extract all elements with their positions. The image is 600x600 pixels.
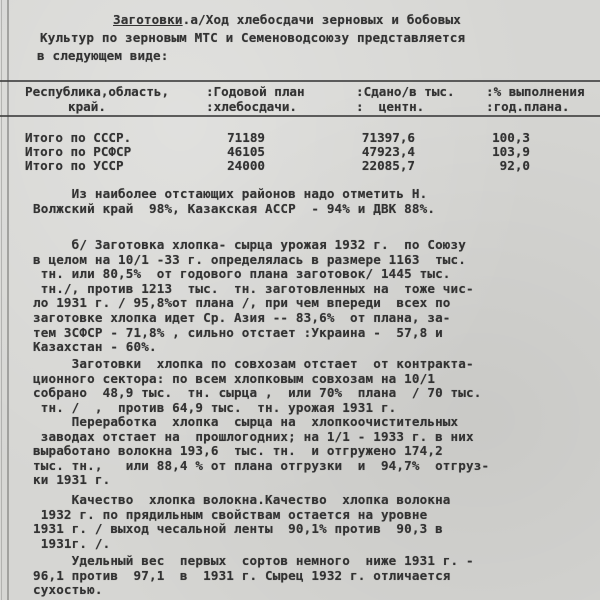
text-line: ционного сектора: по всем хлопковым совх… bbox=[33, 371, 435, 386]
text-line: 1932 г. по прядильным свойствам остается… bbox=[33, 507, 427, 522]
text-line: заготовке хлопка идет Ср. Азия -- 83,6% … bbox=[33, 310, 451, 325]
row-percent: 92,0 bbox=[470, 158, 530, 173]
row-plan: 24000 bbox=[210, 158, 265, 173]
text-line: 96,1 против 97,1 в 1931 г. Сырец 1932 г.… bbox=[33, 568, 451, 583]
intro-line-2: Культур по зерновым МТС и Семеноводсоюзу… bbox=[40, 30, 465, 45]
row-percent: 100,3 bbox=[470, 130, 530, 145]
row-percent: 103,9 bbox=[470, 144, 530, 159]
header-plan-line2: :хлебосдачи. bbox=[206, 99, 297, 114]
text-line: сухостью. bbox=[33, 582, 103, 597]
header-region-line2: край. bbox=[68, 99, 106, 114]
section-heading: Заготовки bbox=[113, 12, 183, 27]
text-line: выработано волокна 193,6 тыс. тн. и отгр… bbox=[33, 443, 443, 458]
row-plan: 71189 bbox=[210, 130, 265, 145]
text-line: Волжский край 98%, Казакская АССР - 94% … bbox=[33, 201, 435, 216]
text-line: Переработка хлопка сырца на хлопкоочисти… bbox=[33, 414, 458, 429]
row-delivered: 71397,6 bbox=[340, 130, 415, 145]
text-line: тн. или 80,5% от годового плана заготово… bbox=[33, 266, 451, 281]
text-line: тыс. тн., или 88,4 % от плана отгрузки и… bbox=[33, 458, 489, 473]
header-delivered-line2: : центн. bbox=[356, 99, 424, 114]
text-line: б/ Заготовка хлопка- сырца урожая 1932 г… bbox=[33, 237, 466, 252]
header-percent-line2: :год.плана. bbox=[486, 99, 569, 114]
intro-line-1: Заготовки.а/Ход хлебосдачи зерновых и бо… bbox=[113, 12, 461, 27]
row-delivered: 47923,4 bbox=[340, 144, 415, 159]
left-margin-edge bbox=[1, 0, 2, 600]
row-region: Итого по СССР. bbox=[25, 130, 131, 145]
row-plan: 46105 bbox=[210, 144, 265, 159]
text-line: тн. / , против 64,9 тыс. тн. урожая 1931… bbox=[33, 400, 396, 415]
left-margin-rule bbox=[7, 0, 9, 600]
row-region: Итого по УССР bbox=[25, 158, 124, 173]
table-header-rule bbox=[0, 115, 600, 117]
document-page: Заготовки.а/Ход хлебосдачи зерновых и бо… bbox=[0, 0, 600, 600]
intro-line-1-text: .а/Ход хлебосдачи зерновых и бобовых bbox=[183, 12, 461, 27]
text-line: 1931г. /. bbox=[33, 536, 110, 551]
text-line: тн./, против 1213 тыс. тн. заготовленных… bbox=[33, 281, 474, 296]
text-line: ло 1931 г. / 95,8%от плана /, при чем вп… bbox=[33, 295, 451, 310]
row-delivered: 22085,7 bbox=[340, 158, 415, 173]
text-line: собрано 48,9 тыс. тн. сырца , или 70% пл… bbox=[33, 385, 481, 400]
text-line: Качество хлопка волокна.Качество хлопка … bbox=[33, 492, 451, 507]
text-line: ки 1931 г. bbox=[33, 472, 110, 487]
header-region-line1: Республика,область, bbox=[25, 84, 169, 99]
text-line: в целом на 10/1 -33 г. определялась в ра… bbox=[33, 252, 466, 267]
text-line: Казахстан - 60%. bbox=[33, 339, 157, 354]
header-delivered-line1: :Сдано/в тыс. bbox=[356, 84, 455, 99]
text-line: Удельный вес первых сортов немного ниже … bbox=[33, 553, 474, 568]
text-line: тем ЗСФСР - 71,8% , сильно отстает :Укра… bbox=[33, 325, 443, 340]
text-line: 1931 г. / выход чесальной ленты 90,1% пр… bbox=[33, 521, 443, 536]
row-region: Итого по РСФСР bbox=[25, 144, 131, 159]
text-line: заводах отстает на прошлогодних; на 1/1 … bbox=[33, 429, 474, 444]
table-top-rule bbox=[0, 80, 600, 82]
text-line: Из наиболее отстающих районов надо отмет… bbox=[33, 186, 427, 201]
text-line: Заготовки хлопка по совхозам отстает от … bbox=[33, 356, 474, 371]
intro-line-3: в следующем виде: bbox=[37, 48, 168, 63]
header-percent-line1: :% выполнения bbox=[486, 84, 585, 99]
header-plan-line1: :Годовой план bbox=[206, 84, 305, 99]
